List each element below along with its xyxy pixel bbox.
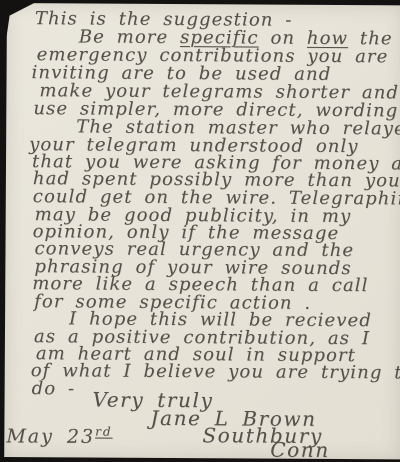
letter-paper: This is the suggestion - Be more specifi… [4,3,400,459]
letter-line: of what I believe you are trying to [31,362,400,382]
date-main: May 23 [6,425,95,448]
date-ordinal: rd [95,425,113,439]
date: May 23rd [6,422,112,446]
letter-line: do - [32,380,76,398]
signature-state: Conn [270,441,330,459]
scanned-letter: This is the suggestion - Be more specifi… [0,0,400,462]
